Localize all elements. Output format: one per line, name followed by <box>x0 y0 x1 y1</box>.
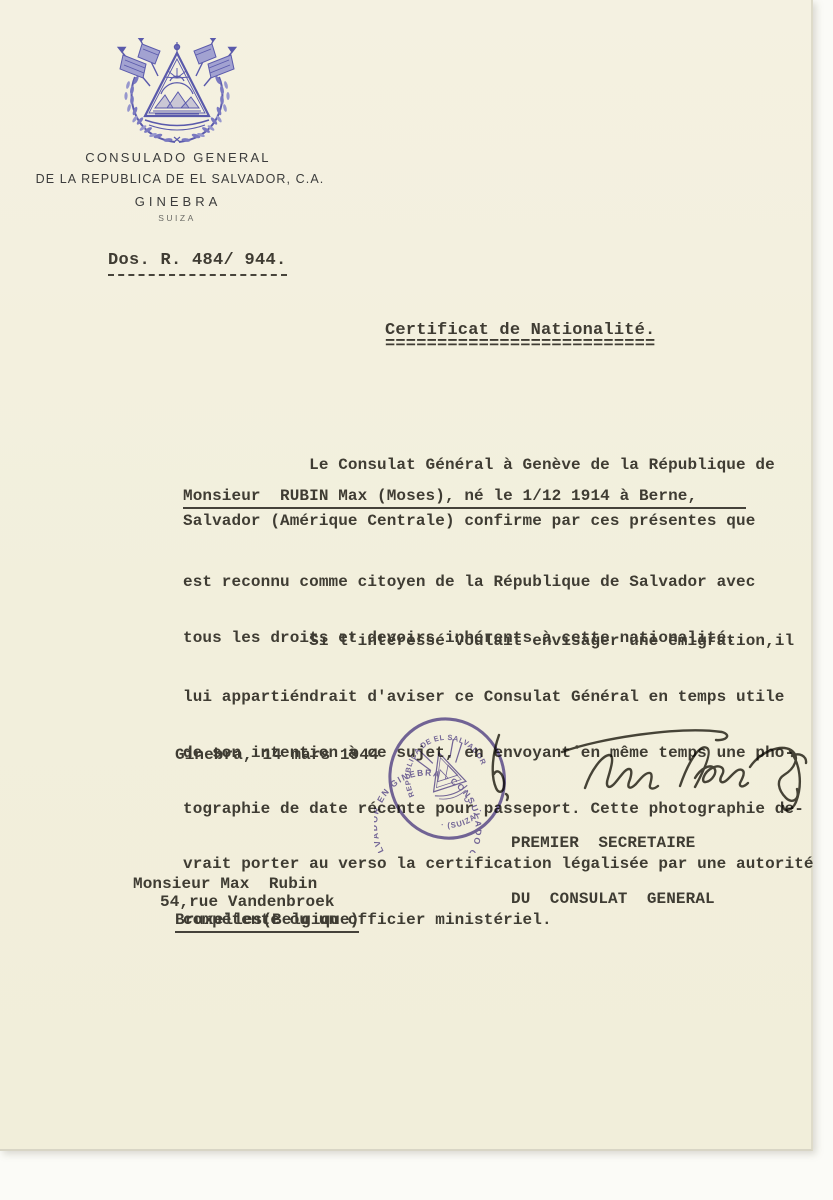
subject-name-line: Monsieur RUBIN Max (Moses), né le 1/12 1… <box>183 487 746 509</box>
recipient-city: Bruxelles(Belgique) <box>175 911 359 933</box>
document-title-underline: ========================== <box>385 336 655 355</box>
paragraph-emigration-line-1: Si l'intéressé voulait envisager une émi… <box>183 632 814 651</box>
scanned-document: CONSULADO GENERAL DE LA REPUBLICA DE EL … <box>0 0 833 1200</box>
paragraph-intro-line-2: Salvador (Amérique Centrale) confirme pa… <box>183 512 775 531</box>
signer-title-line-2: DU CONSULAT GENERAL <box>511 890 715 909</box>
dossier-number: Dos. R. 484/ 944. <box>108 252 287 276</box>
recipient-name: Monsieur Max Rubin <box>133 875 317 894</box>
letterhead-line-4: SUIZA <box>158 213 196 223</box>
letterhead-line-3: GINEBRA <box>135 194 222 209</box>
paragraph-intro-line-1: Le Consulat Général à Genève de la Répub… <box>183 456 775 475</box>
paragraph-emigration-line-5: vrait porter au verso la certification l… <box>183 855 814 874</box>
signer-title: PREMIER SECRETAIRE DU CONSULAT GENERAL <box>511 797 715 946</box>
paragraph-citizenship-line-1: est reconnu comme citoyen de la Républiq… <box>183 573 755 592</box>
signer-title-line-1: PREMIER SECRETAIRE <box>511 834 715 853</box>
recipient-street: 54,rue Vandenbroek <box>160 893 335 912</box>
place-date-line: Ginebra, 14 mars 1944 <box>175 746 379 765</box>
letterhead-line-1: CONSULADO GENERAL <box>85 150 271 165</box>
letterhead-line-2: DE LA REPUBLICA DE EL SALVADOR, C.A. <box>36 172 325 186</box>
letter-paper: CONSULADO GENERAL DE LA REPUBLICA DE EL … <box>0 0 813 1151</box>
el-salvador-coat-of-arms-icon <box>110 38 244 150</box>
